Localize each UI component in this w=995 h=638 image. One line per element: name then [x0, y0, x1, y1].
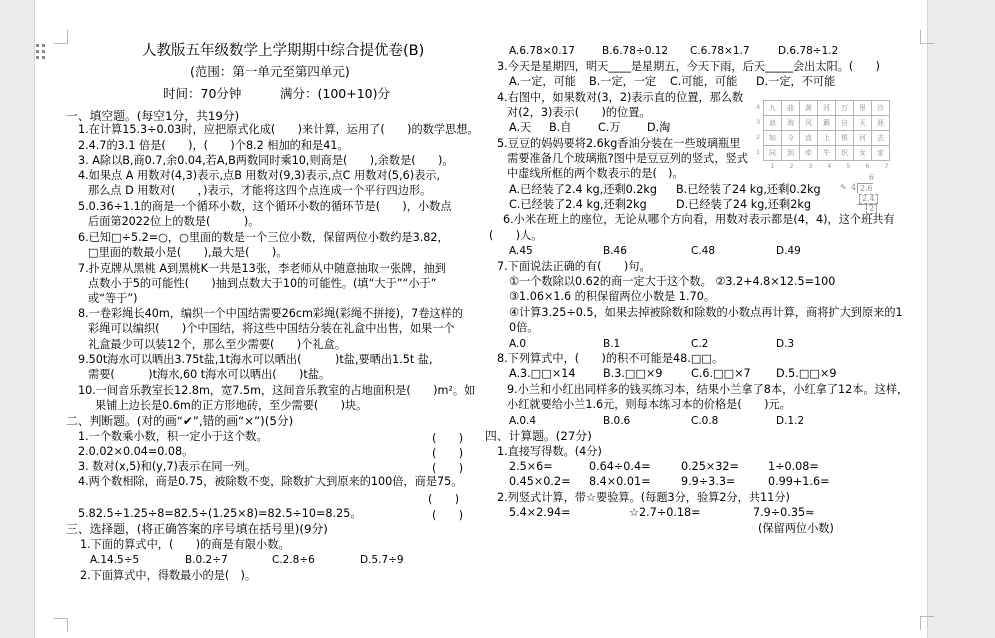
option: D.已经装了24 kg,还剩2kg [676, 198, 811, 212]
margin-corner-bottom-left [54, 618, 68, 632]
grid-cell: 自 [836, 116, 854, 131]
page-subtitle: (范围：第一单元至第四单元) [190, 65, 350, 79]
option: C.6.□□×7 [691, 367, 751, 381]
calc-item: 2.5×6= [509, 460, 553, 474]
option: B.一定，一定 [589, 75, 656, 89]
question-stem: ( )人。 [489, 229, 542, 243]
statement: ④计算3.25÷0.5，如果去掉被除数和除数的小数点再计算，商将扩大到原来的1 [509, 306, 903, 320]
long-division-figure: 6 ✎ 4 2.6 2.4 2 [840, 173, 885, 213]
option: D.3 [776, 337, 794, 351]
statement: ③1.06×1.6 的积保留两位小数是 1.70。 [509, 290, 715, 304]
drag-handle-icon[interactable] [36, 44, 48, 60]
grid-cell: 里 [854, 101, 872, 116]
grid-cell: 直 [800, 131, 818, 146]
option: D.5.□□×9 [776, 367, 836, 381]
row-label: 1 [756, 148, 760, 156]
margin-corner-top-right [920, 30, 934, 44]
grid-cell: 曲 [782, 101, 800, 116]
calc-item: 1÷0.08= [768, 460, 819, 474]
question-line: 4.如果点 A 用数对(4,3)表示,点B 用数对(9,3)表示,点C 用数对(… [78, 169, 440, 183]
grid-cell: 今 [782, 131, 800, 146]
option: A.3.□□×14 [509, 367, 575, 381]
col-label: 6 [858, 162, 877, 170]
question-line: 5.0.36÷1.1的商是一个循环小数，这个循环小数的循环节是( )，小数点 [78, 200, 452, 214]
col-label: 7 [877, 162, 896, 170]
option: D.1.2 [776, 414, 804, 428]
margin-corner-bottom-right [920, 616, 934, 630]
grid-cell: 淘 [782, 116, 800, 131]
grid-cell: 如 [764, 131, 782, 146]
option: A.0 [509, 337, 526, 351]
question-line: 2.4.7的3.1 倍是( )，( )个8.2 相加的和是41。 [78, 139, 349, 153]
option: B.0.6 [603, 414, 630, 428]
sub-heading: 2.列竖式计算，带☆要验算。(每题3分，验算2分，共11分) [497, 491, 790, 505]
option: A.天 [509, 121, 531, 135]
question-line: 礼盒最少可以装12个，那么至少需要( )个礼盒。 [88, 338, 346, 352]
col-label: 3 [801, 162, 820, 170]
judge-item: 3. 数对(x,5)和(y,7)表示在同一列。 [78, 460, 256, 474]
grid-cell: 万 [836, 101, 854, 116]
section-heading: 四、计算题。(27分) [485, 429, 592, 443]
calc-item: 0.45×0.2= [509, 475, 570, 489]
quotient: 6 [869, 173, 874, 182]
statement: ①一个数除以0.62的商一定大于这个数。 ②3.2+4.8×12.5=100 [509, 275, 835, 289]
question-stem: 8.下列算式中，( )的积不可能是48.□□。 [497, 352, 723, 366]
question-line: 7.扑克牌从黑桃 A到黑桃K一共是13张，李老师从中随意抽取一张牌，抽到 [78, 262, 446, 276]
question-stem: 7.下面说法正确的有( )句。 [497, 260, 651, 274]
grid-cell: 天 [854, 116, 872, 131]
question-line: 那么点 D 用数对( ，)表示，才能将这四个点连成一个平行四边形。 [88, 184, 431, 198]
answer-blank[interactable]: ( ) [432, 460, 463, 476]
col-label: 4 [820, 162, 839, 170]
option: D.49 [776, 244, 801, 258]
row-label: 4 [756, 103, 760, 111]
dashed-box-product: 2.4 [859, 194, 878, 204]
question-stem: 1.下面的算式中，( )的商是有限小数。 [80, 538, 290, 552]
question-stem: 2.下面算式中，得数最小的是( )。 [80, 569, 256, 583]
question-line: 8.一卷彩绳长40m，编织一个中国结需要26cm彩绳(彩绳不拼接)，7卷这样的 [78, 307, 463, 321]
option: C.0.8 [691, 414, 718, 428]
answer-blank[interactable]: ( ) [432, 430, 463, 446]
judge-item: 4.两个数相除，商是0.75，被除数不变，除数扩大到原来的100倍，商是75。 [78, 475, 462, 489]
question-stem: 中虚线所框的两个数表示的是( )。 [507, 167, 684, 181]
option: A.一定，可能 [509, 75, 576, 89]
row-label: 2 [756, 133, 760, 141]
question-line: 需要( )t海水,60 t海水可以晒出( )t盐。 [88, 368, 330, 382]
question-line: 果铺上边长是0.6m的正方形地砖，至少需要( )块。 [95, 399, 367, 413]
question-stem: 需要准备几个玻璃瓶?图中是豆豆列的竖式，竖式 [507, 152, 748, 166]
question-line: 彩绳可以编织( )个中国结，将这些中国结分装在礼盒中出售，如果一个 [88, 322, 455, 336]
option: B.已经装了24 kg,还剩0.2kg [676, 183, 821, 197]
question-line: 9.50t海水可以晒出3.75t盐,1t海水可以晒出( )t盐,要晒出1.5t … [78, 353, 433, 367]
grid-cell: 黄 [800, 101, 818, 116]
grid-cell: 同 [764, 146, 782, 161]
question-stem: 6.小米在班上的座位，无论从哪个方向看，用数对表示都是(4，4)，这个班共有 [503, 213, 895, 227]
col-label: 5 [839, 162, 858, 170]
divisor: 4 [851, 183, 856, 192]
question-stem: 9.小兰和小红出同样多的钱买练习本，结果小兰拿了8本，小红拿了12本。这样， [507, 383, 908, 397]
question-stem: 对(2，3)表示( )的位置。 [507, 106, 651, 120]
col-label: 1 [763, 162, 782, 170]
question-stem: 小红就要给小兰1.6元，则每本练习本的价格是( )元。 [507, 398, 791, 412]
grid-cell: 浪 [764, 116, 782, 131]
option: C.48 [691, 244, 715, 258]
option: D.一定，不可能 [756, 75, 835, 89]
question-line: □里面的数最小是( ),最大是( )。 [88, 246, 287, 260]
option: C.可能，可能 [670, 75, 737, 89]
column-labels: 1 2 3 4 5 6 7 [763, 162, 896, 170]
option: C.2 [691, 337, 708, 351]
grid-cell: 女 [854, 146, 872, 161]
grid-cell: 银 [836, 131, 854, 146]
sub-heading: 1.直接写得数。(4分) [497, 445, 602, 459]
question-stem: 3.今天是星期四，明天____是星期五，今天下雨，后天_____会出太阳。( ) [497, 60, 880, 74]
question-line: 3. A除以B,商0.7,余0.04,若A,B两数同时乘10,则商是( ),余数… [78, 154, 454, 168]
judge-item: 2.0.02×0.04=0.08。 [78, 445, 193, 459]
calc-note: (保留两位小数) [758, 522, 834, 536]
grid-cell: 河 [818, 101, 836, 116]
grid-cell: 风 [800, 116, 818, 131]
calc-item: 0.25×32= [681, 460, 739, 474]
dashed-box-remainder: 2 [866, 204, 877, 214]
grid-cell: 家 [872, 146, 890, 161]
grid-cell: 河 [854, 131, 872, 146]
option: C.2.8÷6 [272, 553, 315, 567]
character-grid: 九 曲 黄 河 万 里 沙 浪 淘 风 簸 自 天 涯 如 今 直 上 银 河 … [763, 100, 890, 161]
pencil-icon: ✎ [840, 183, 847, 192]
option: B.1 [603, 337, 620, 351]
margin-corner-top-left [54, 30, 68, 44]
calc-item: 5.4×2.94= [509, 506, 570, 520]
judge-item: 1.一个数乘小数，积一定小于这个数。 [78, 430, 268, 444]
question-stem: 5.豆豆的妈妈要将2.6kg香油分装在一些玻璃瓶里 [497, 137, 740, 151]
section-heading: 二、判断题。(对的画“✔”,错的画“×”)(5分) [66, 414, 293, 428]
calc-item: 8.4×0.01= [589, 475, 650, 489]
calc-item: 9.9÷3.3= [681, 475, 735, 489]
grid-cell: 九 [764, 101, 782, 116]
col-label: 2 [782, 162, 801, 170]
option: B.3.□□×9 [603, 367, 663, 381]
coordinate-grid-figure: 4 3 2 1 九 曲 黄 河 万 里 沙 浪 淘 风 簸 自 天 涯 如 今 … [756, 100, 892, 180]
grid-cell: 簸 [818, 116, 836, 131]
calc-item: 7.9÷0.35≈ [753, 506, 814, 520]
grid-cell: 沙 [872, 101, 890, 116]
question-line: 10.一间音乐教室长12.8m，宽7.5m，这间音乐教室的占地面积是( )m²。… [78, 384, 475, 398]
question-line: 或“等于”) [88, 292, 138, 306]
section-heading: 一、填空题。(每空1分，共19分) [66, 109, 239, 123]
option: A.已经装了2.4 kg,还剩0.2kg [509, 183, 657, 197]
option: D.6.78÷1.2 [778, 44, 838, 58]
calc-item: 0.64÷0.4= [589, 460, 650, 474]
question-line: 后面第2022位上的数是( )。 [88, 215, 259, 229]
page-title: 人教版五年级数学上学期期中综合提优卷(B) [142, 44, 424, 58]
grid-cell: 涯 [872, 116, 890, 131]
option: B.自 [549, 121, 571, 135]
option: A.6.78×0.17 [509, 44, 575, 58]
exam-time: 时间：70分钟 [163, 87, 241, 101]
calc-item: 0.99+1.6= [768, 475, 829, 489]
section-heading: 三、选择题，(将正确答案的序号填在括号里)(9分) [66, 522, 328, 536]
option: C.万 [598, 121, 621, 135]
question-line: 1.在计算15.3÷0.03时，应把原式化成( )来计算，运用了( )的数学思想… [78, 123, 479, 137]
grid-cell: 牵 [800, 146, 818, 161]
answer-blank[interactable]: ( ) [432, 445, 463, 461]
exam-score: 满分：(100+10)分 [280, 87, 390, 101]
judge-item: 5.82.5÷1.25÷8=82.5÷(1.25×8)=82.5÷10=8.25… [78, 507, 362, 521]
calc-item: ☆2.7÷0.18= [629, 506, 700, 520]
option: C.6.78×1.7 [690, 44, 750, 58]
grid-cell: 去 [872, 131, 890, 146]
option: A.45 [509, 244, 533, 258]
statement: 0倍。 [509, 321, 539, 335]
dividend: 2.6 [857, 183, 873, 193]
option: A.14.5÷5 [90, 553, 139, 567]
grid-cell: 上 [818, 131, 836, 146]
grid-cell: 织 [836, 146, 854, 161]
option: B.46 [603, 244, 627, 258]
question-stem: 4.右图中，如果数对(3，2)表示直的位置，那么数 [497, 91, 743, 105]
answer-blank[interactable]: ( ) [428, 491, 459, 507]
option: D.5.7÷9 [360, 553, 404, 567]
option: B.0.2÷7 [185, 553, 228, 567]
question-line: 点数小于5的可能性( )抽到点数大于10的可能性。(填“大于”“小于” [88, 277, 437, 291]
row-label: 3 [756, 118, 760, 126]
question-line: 6.已知□÷5.2=○，○里面的数是一个三位小数，保留两位小数约是3.82， [78, 231, 449, 245]
option: A.0.4 [509, 414, 536, 428]
grid-cell: 到 [782, 146, 800, 161]
option: C.已经装了2.4 kg,还剩2kg [509, 198, 647, 212]
grid-cell: 牛 [818, 146, 836, 161]
option: B.6.78÷0.12 [602, 44, 668, 58]
answer-blank[interactable]: ( ) [432, 507, 463, 523]
option: D.淘 [647, 121, 670, 135]
